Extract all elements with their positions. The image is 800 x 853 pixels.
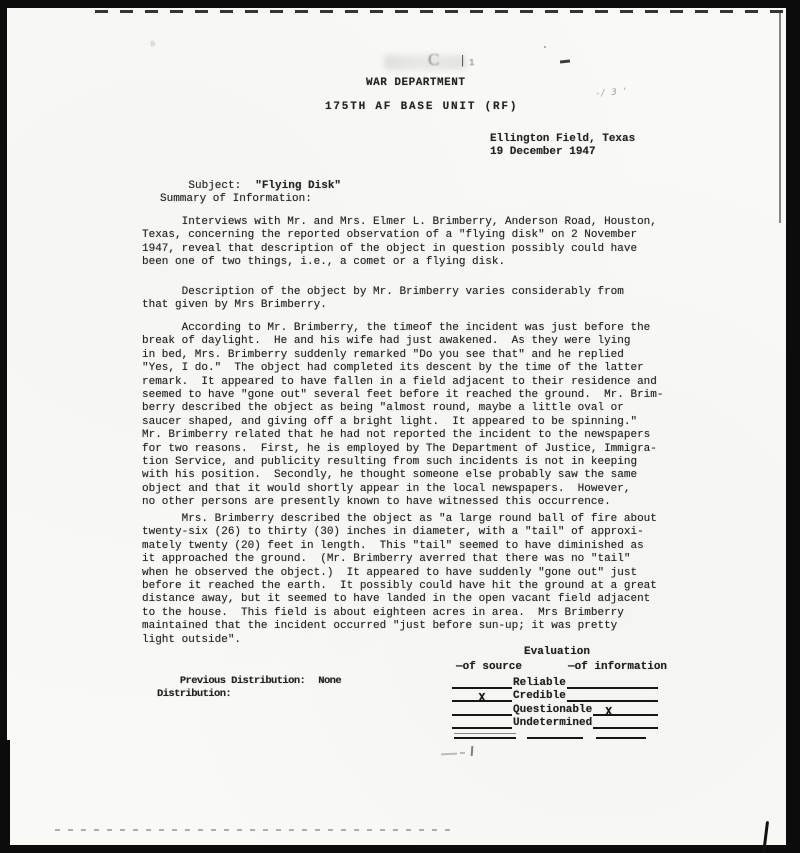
unit-title: 175TH AF BASE UNIT (RF) [325, 101, 518, 114]
information-blank-line [593, 725, 658, 729]
faded-stamp-smudge [384, 55, 466, 70]
evaluation-row-label: Questionable [512, 705, 593, 716]
evaluation-signature-line-1 [454, 733, 516, 739]
evaluation-title: Evaluation [524, 646, 590, 658]
scan-fold-line-right [779, 13, 781, 223]
subject-label: Subject: [188, 180, 241, 192]
paragraph-mr-brimberry-account: According to Mr. Brimberry, the timeof t… [142, 322, 690, 510]
paragraph-description-varies: Description of the object by Mr. Brimber… [142, 286, 690, 313]
evaluation-col-source: —of source [456, 661, 522, 673]
scan-edge-right [786, 0, 800, 853]
department-title: WAR DEPARTMENT [366, 77, 465, 90]
paragraph-interviews: Interviews with Mr. and Mrs. Elmer L. Br… [142, 216, 690, 270]
evaluation-row-label: Undetermined [512, 718, 593, 729]
evaluation-row-label: Reliable [512, 678, 567, 689]
scan-tear-line-top [95, 10, 790, 13]
ink-speck [544, 46, 546, 48]
evaluation-row-questionable: Questionable X [452, 702, 658, 716]
evaluation-signature-line-2 [527, 734, 583, 739]
evaluation-row-undetermined: Undetermined [452, 716, 658, 730]
scanned-document-page: C | 1 a WAR DEPARTMENT 175TH AF BASE UNI… [0, 0, 800, 853]
evaluation-row-credible: X Credible [452, 689, 658, 703]
scan-edge-left-bottom [0, 740, 10, 853]
previous-distribution-value: None [318, 675, 341, 687]
source-blank-line [452, 725, 512, 729]
pencil-scribble-dash [441, 753, 457, 755]
ink-dash-mark [560, 59, 570, 63]
pencil-scribble-stroke [471, 746, 474, 756]
evaluation-signature-line-3 [596, 734, 646, 739]
evaluation-row-label: Credible [512, 691, 567, 702]
date-line: 19 December 1947 [490, 146, 596, 159]
evaluation-col-information: —of information [568, 661, 667, 673]
scan-edge-top [0, 0, 800, 8]
summary-heading: Summary of Information: [160, 193, 312, 206]
faded-stamp-letter: C [428, 50, 439, 70]
faded-stamp-tick: | [459, 54, 466, 68]
handwritten-mark: -/ 3 ' [596, 87, 629, 99]
location-line: Ellington Field, Texas [490, 133, 635, 146]
ink-smudge-top-left: a [149, 38, 157, 49]
subject-value: "Flying Disk" [255, 180, 341, 192]
pencil-scribble-dot [460, 752, 465, 754]
scan-edge-bottom [0, 845, 800, 853]
faded-stamp-digit: 1 [469, 58, 474, 68]
previous-distribution-label: Previous Distribution: [180, 675, 305, 687]
paragraph-mrs-brimberry-account: Mrs. Brimberry described the object as "… [142, 513, 690, 647]
evaluation-row-reliable: Reliable [452, 675, 658, 689]
scan-crease-line-bottom [55, 829, 455, 831]
scan-edge-left [0, 0, 7, 853]
distribution-label: Distribution: [157, 688, 231, 701]
